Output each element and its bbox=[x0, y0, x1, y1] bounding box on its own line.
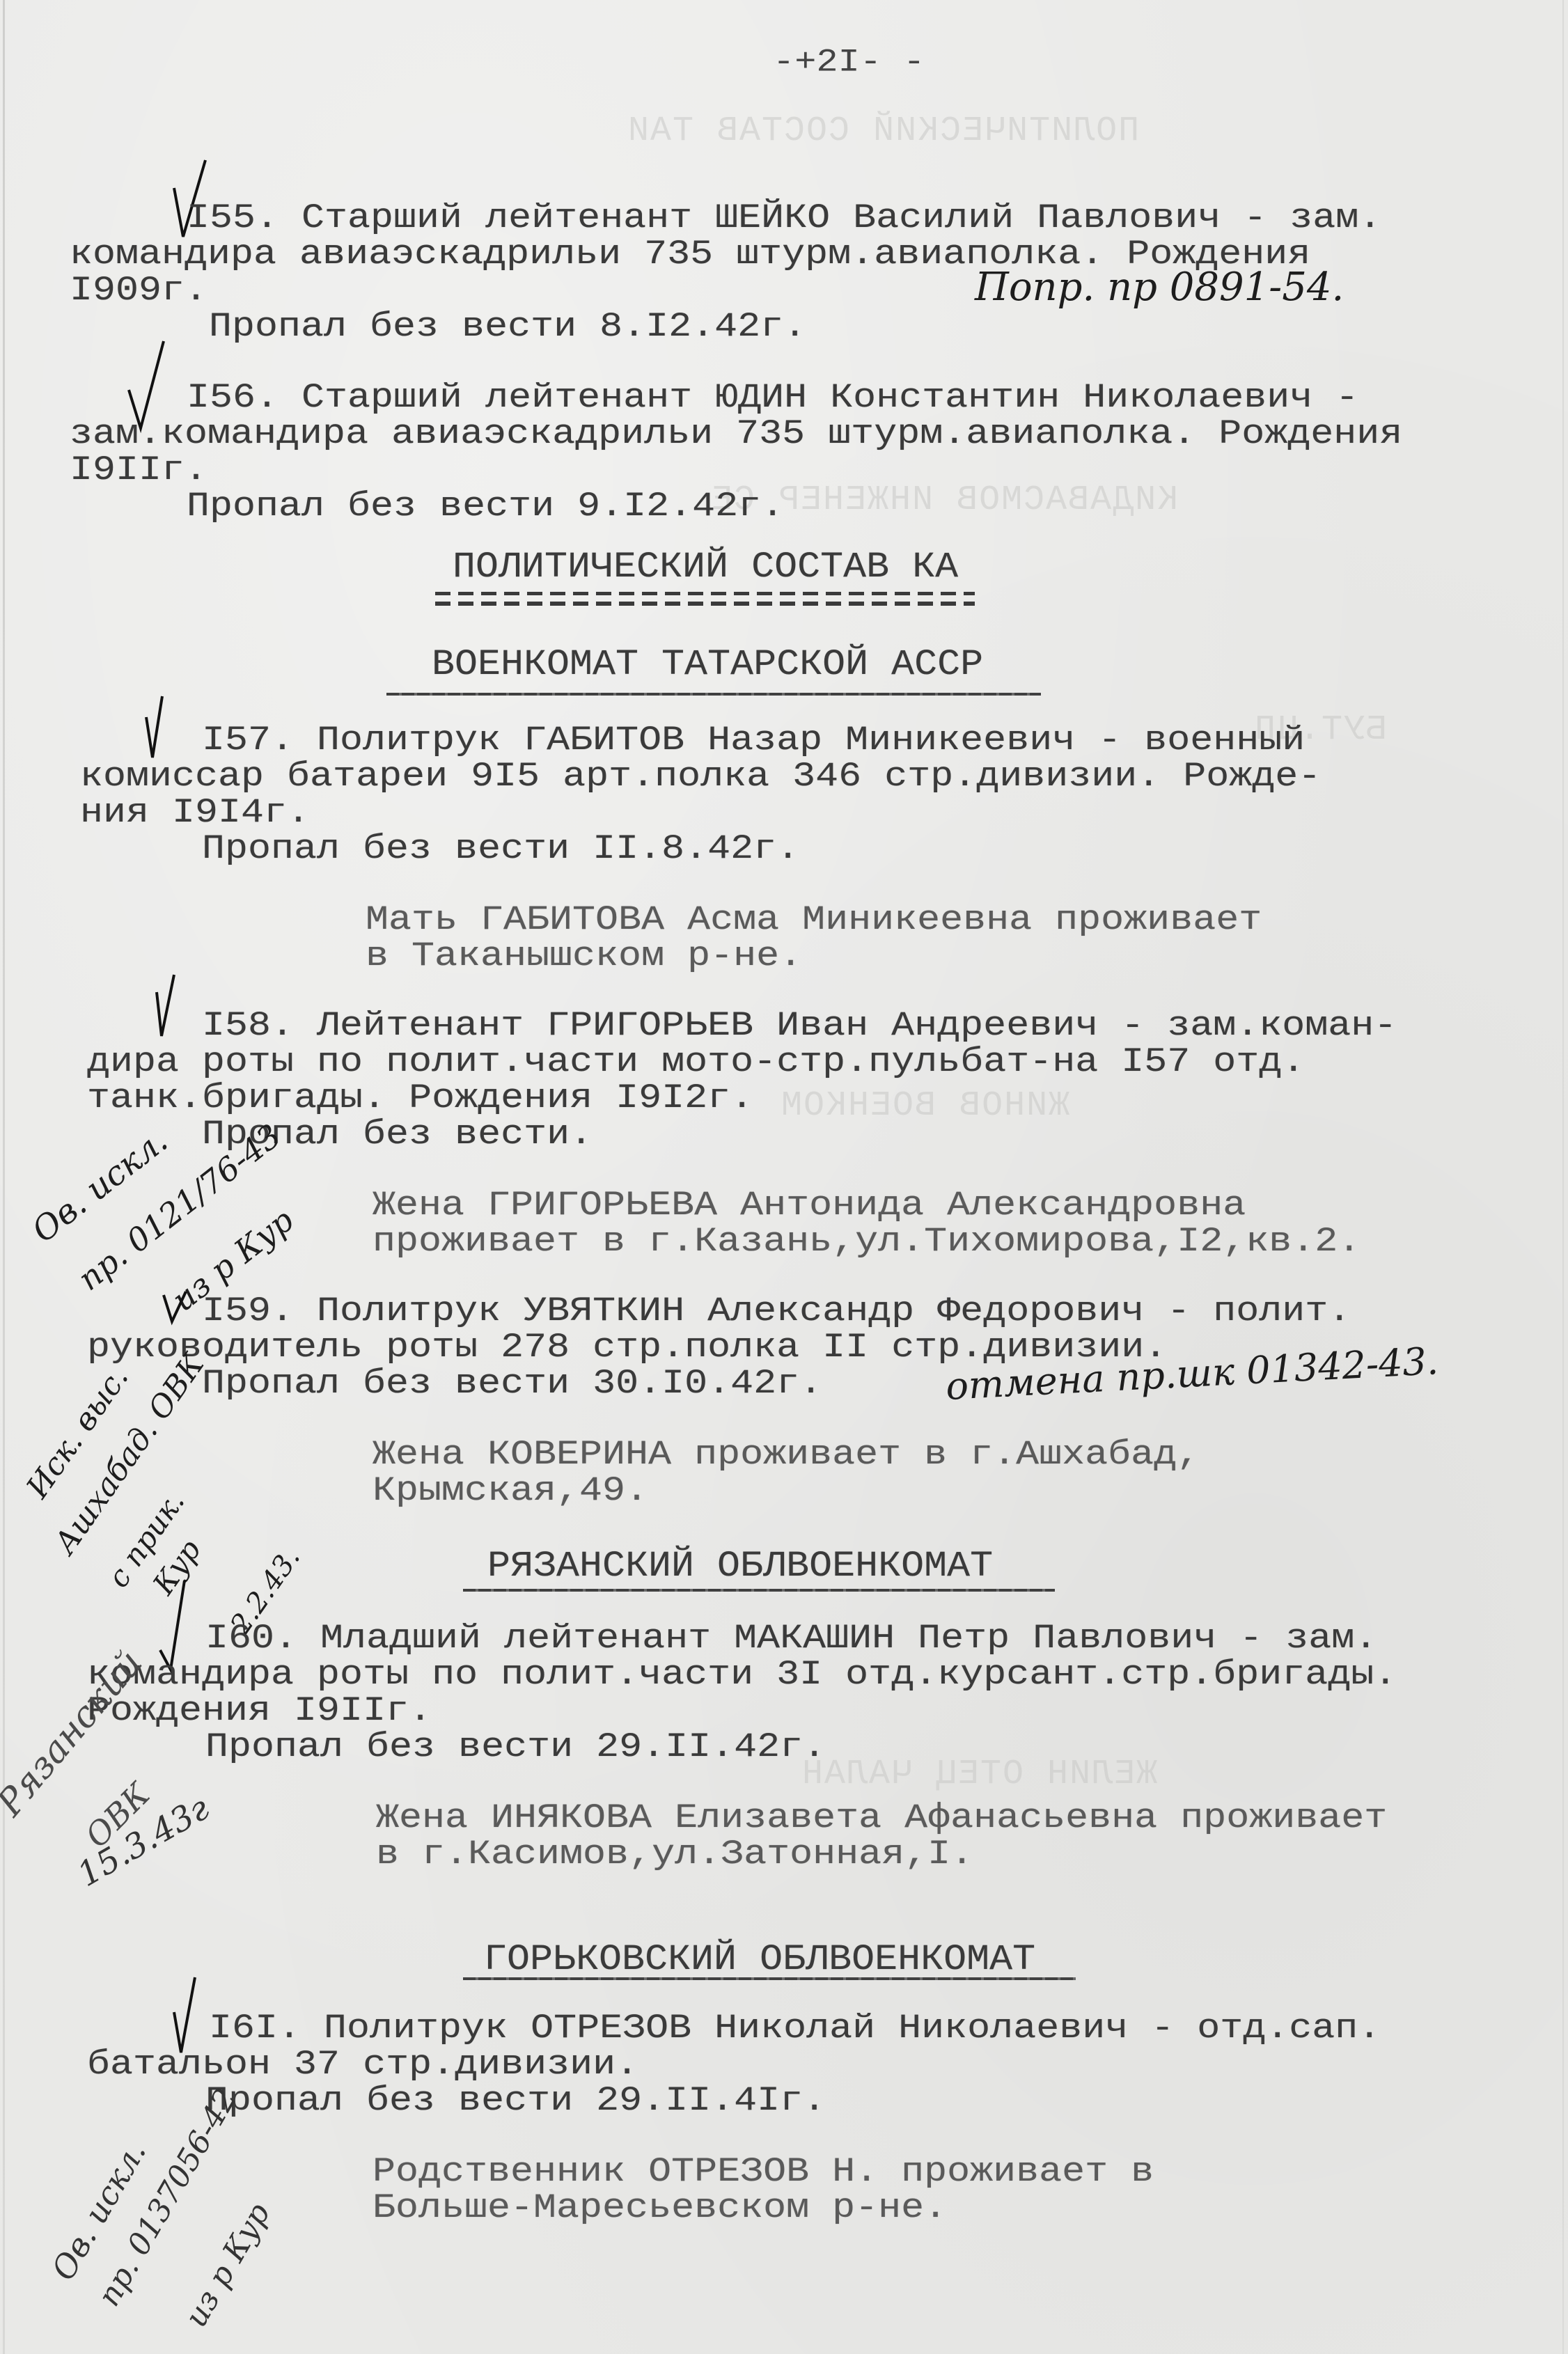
underline bbox=[463, 1977, 1076, 1980]
entry-159-relative-line-2: Крымская,49. bbox=[373, 1475, 648, 1507]
entry-161-relative-line-2: Больше-Маресьевском р-не. bbox=[373, 2192, 947, 2224]
bleed-through-text: ПОЛИТИЧЕСКИЙ СОСТАВ ТАИ bbox=[627, 111, 1139, 151]
entry-158-line-1: I58. Лейтенант ГРИГОРЬЕВ Иван Андреевич … bbox=[202, 1010, 1397, 1042]
double-underline bbox=[435, 592, 975, 607]
entry-161-line-2: батальон 37 стр.дивизии. bbox=[87, 2048, 638, 2081]
entry-156-line-3: I9IIг. bbox=[70, 454, 207, 487]
entry-160-line-4: Пропал без вести 29.II.42г. bbox=[205, 1731, 826, 1764]
entry-159-line-2: руководитель роты 278 стр.полка II стр.д… bbox=[87, 1331, 1167, 1364]
entry-161-line-3: Пропал без вести 29.II.4Iг. bbox=[205, 2085, 826, 2117]
entry-158-line-3: танк.бригады. Рождения I9I2г. bbox=[87, 1082, 753, 1115]
subsection-title-tatar-assr: ВОЕНКОМАТ ТАТАРСКОЙ АССР bbox=[432, 648, 983, 682]
entry-160-relative-line-2: в г.Касимов,ул.Затонная,I. bbox=[376, 1838, 973, 1871]
handwritten-note-155: Попр. пр 0891-54. bbox=[975, 265, 1344, 310]
entry-155-line-3: I909г. bbox=[70, 274, 207, 307]
entry-156-line-1: I56. Старший лейтенант ЮДИН Константин Н… bbox=[187, 382, 1358, 414]
entry-157-line-1: I57. Политрук ГАБИТОВ Назар Миникеевич -… bbox=[202, 724, 1305, 757]
entry-157-relative-line-1: Мать ГАБИТОВА Асма Миникеевна проживает bbox=[366, 904, 1262, 936]
entry-158-line-2: дира роты по полит.части мото-стр.пульба… bbox=[87, 1046, 1305, 1078]
entry-157-relative-line-2: в Таканышском р-не. bbox=[366, 940, 802, 973]
entry-157-line-4: Пропал без вести II.8.42г. bbox=[202, 833, 799, 865]
entry-155-line-1: I55. Старший лейтенант ШЕЙКО Василий Пав… bbox=[187, 202, 1381, 235]
bleed-through-text: ЖИНОВ ВОЕНКОМ bbox=[780, 1086, 1069, 1126]
entry-160-line-1: I60. Младший лейтенант МАКАШИН Петр Павл… bbox=[205, 1622, 1377, 1655]
page-edge-left bbox=[3, 0, 5, 2354]
entry-160-line-2: командира роты по полит.части 3I отд.кур… bbox=[87, 1658, 1397, 1691]
entry-159-line-1: I59. Политрук УВЯТКИН Александр Федорови… bbox=[202, 1295, 1351, 1328]
checkmark-icon bbox=[171, 1984, 212, 2054]
handwritten-note-161-c: из р Кур bbox=[178, 2197, 277, 2333]
entry-155-line-4: Пропал без вести 8.I2.42г. bbox=[209, 311, 806, 343]
underline bbox=[386, 693, 1041, 696]
entry-161-line-1: I6I. Политрук ОТРЕЗОВ Николай Николаевич… bbox=[209, 2012, 1381, 2045]
checkmark-icon bbox=[162, 1288, 189, 1323]
page-edge-right bbox=[1562, 0, 1564, 2354]
subsection-title-ryazan: РЯЗАНСКИЙ ОБЛВОЕНКОМАТ bbox=[487, 1549, 993, 1583]
entry-156-line-4: Пропал без вести 9.I2.42г. bbox=[187, 490, 784, 523]
bleed-through-text: ЖЕЛИН ОТЕЦ ЧАЛАН bbox=[801, 1755, 1157, 1794]
entry-159-line-3: Пропал без вести 30.I0.42г. bbox=[202, 1367, 822, 1400]
checkmark-icon bbox=[143, 703, 185, 759]
entry-158-relative-line-2: проживает в г.Казань,ул.Тихомирова,I2,кв… bbox=[373, 1225, 1361, 1258]
page-number: -+2I- - bbox=[773, 44, 925, 81]
underline bbox=[463, 1589, 1055, 1592]
entry-158-relative-line-1: Жена ГРИГОРЬЕВА Антонида Александровна bbox=[373, 1189, 1246, 1222]
entry-156-line-2: зам.командира авиаэскадрильи 735 штурм.а… bbox=[70, 418, 1402, 450]
subsection-title-gorky: ГОРЬКОВСКИЙ ОБЛВОЕНКОМАТ bbox=[484, 1943, 1035, 1977]
checkmark-icon bbox=[153, 982, 195, 1037]
section-title-political-staff: ПОЛИТИЧЕСКИЙ СОСТАВ КА bbox=[453, 550, 958, 584]
entry-157-line-2: комиссар батареи 9I5 арт.полка 346 стр.д… bbox=[80, 760, 1321, 793]
entry-160-line-3: Рождения I9IIг. bbox=[87, 1695, 432, 1727]
entry-159-relative-line-1: Жена КОВЕРИНА проживает в г.Ашхабад, bbox=[373, 1438, 1200, 1471]
entry-157-line-3: ния I9I4г. bbox=[80, 797, 310, 829]
entry-160-relative-line-1: Жена ИНЯКОВА Елизавета Афанасьевна прожи… bbox=[376, 1802, 1387, 1835]
entry-161-relative-line-1: Родственник ОТРЕЗОВ Н. проживает в bbox=[373, 2156, 1154, 2188]
